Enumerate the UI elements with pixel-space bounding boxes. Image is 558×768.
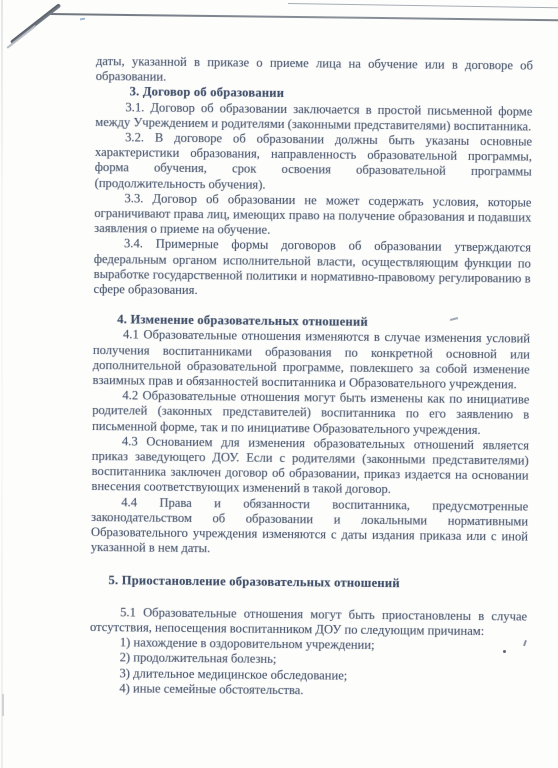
left-edge-scan-dash (2, 694, 4, 716)
corner-diagonal-mark-echo (7, 25, 36, 48)
ink-speck-blue (80, 18, 85, 21)
paper-edge-line-long (50, 13, 558, 21)
paragraph-4-3: 4.3 Основанием для изменения образовател… (91, 434, 529, 499)
paragraph-3-4: 3.4. Примерные формы договоров об образо… (93, 236, 531, 301)
section-4: 4. Изменение образовательных отношений 4… (91, 312, 531, 560)
section-5: 5. Приостановление образовательных отнош… (89, 572, 527, 700)
paper-edge-line-upper (288, 3, 558, 8)
section-3: 3. Договор об образовании 3.1. Договор о… (93, 84, 532, 301)
scanned-page: даты, указанной в приказе о приеме лица … (0, 0, 558, 768)
paragraph-4-1: 4.1 Образовательные отношения изменяются… (92, 327, 530, 392)
paragraph-3-3: 3.3. Договор об образовании не может сод… (94, 191, 531, 241)
paragraph-5-1: 5.1 Образовательные отношения могут быть… (90, 605, 527, 640)
paragraph-3-2: 3.2. В договоре об образовании должны бы… (95, 130, 533, 195)
suspension-reasons-list: 1) нахождение в оздоровительном учрежден… (89, 635, 527, 700)
paper-left-edge-shadow (1, 0, 3, 768)
list-item-4: 4) иные семейные обстоятельства. (89, 681, 526, 701)
paragraph-3-1: 3.1. Договор об образовании заключается … (95, 100, 532, 135)
paragraph-4-2: 4.2 Образовательные отношения могут быть… (92, 388, 529, 438)
document-text-block: даты, указанной в приказе о приеме лица … (89, 54, 533, 700)
section-5-heading: 5. Приостановление образовательных отнош… (90, 572, 527, 592)
continuation-paragraph: даты, указанной в приказе о приеме лица … (96, 54, 533, 89)
paragraph-4-4: 4.4 Права и обязанности воспитанника, пр… (91, 495, 529, 560)
